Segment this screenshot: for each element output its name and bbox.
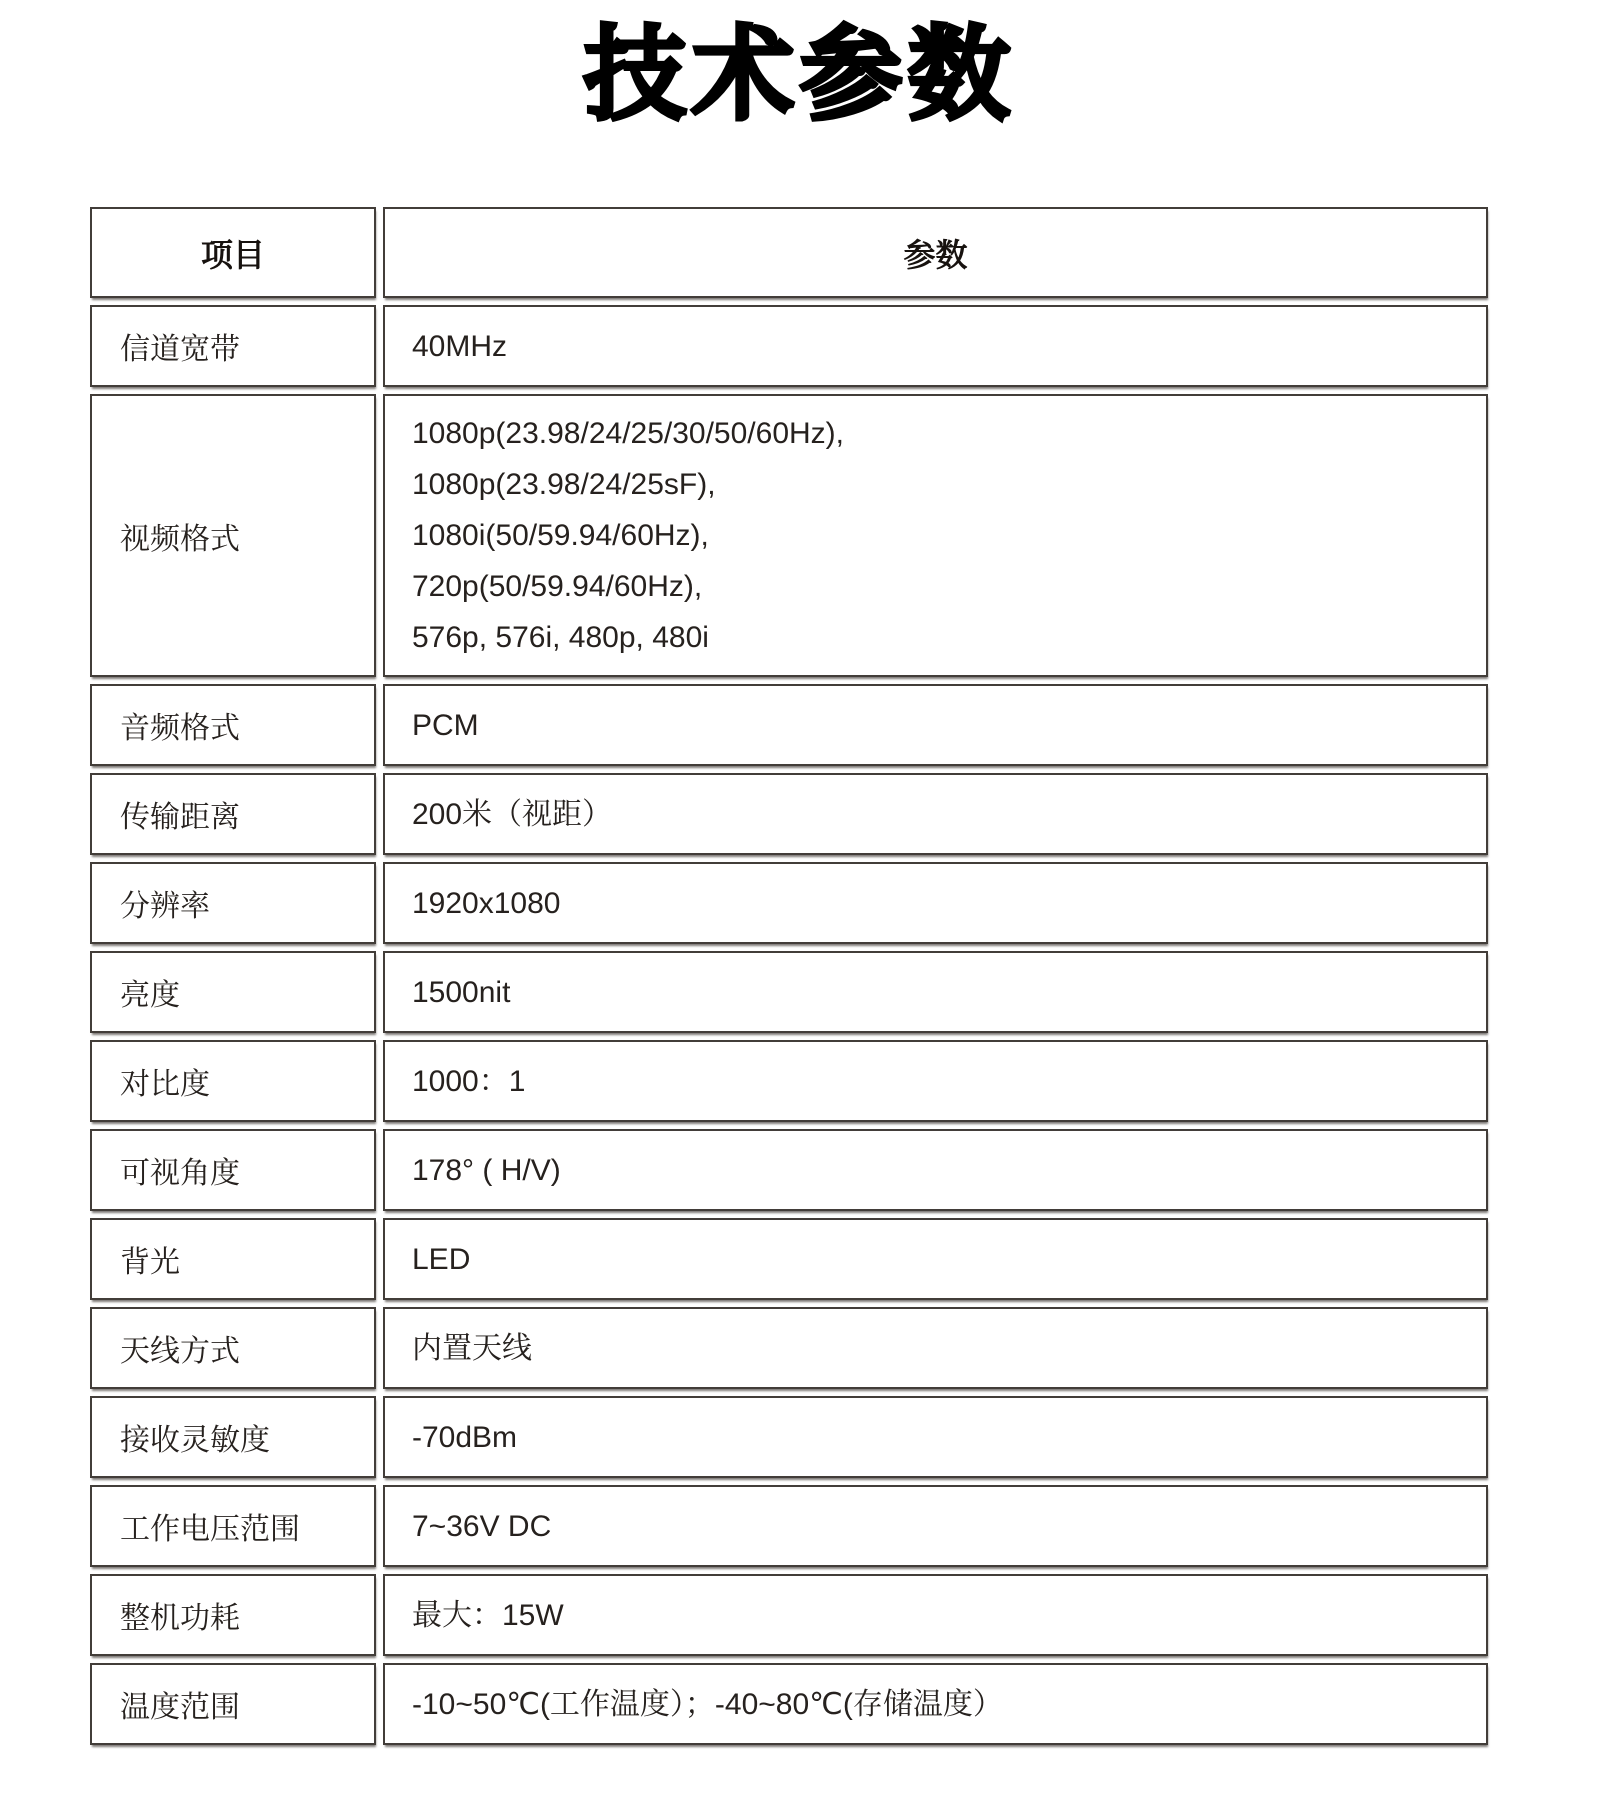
page-title: 技术参数 xyxy=(0,10,1600,140)
spec-param-value: LED xyxy=(383,1218,1488,1300)
spec-param-line: LED xyxy=(412,1234,1485,1285)
table-row: 温度范围-10~50℃(工作温度）；-40~80℃(存储温度） xyxy=(90,1663,1488,1745)
spec-param-line: 720p(50/59.94/60Hz), xyxy=(412,561,1485,612)
table-row: 可视角度178° ( H/V) xyxy=(90,1129,1488,1211)
table-row: 亮度1500nit xyxy=(90,951,1488,1033)
specs-table: 项目 参数 信道宽带40MHz视频格式1080p(23.98/24/25/30/… xyxy=(83,200,1495,1752)
specs-table-header: 项目 参数 xyxy=(90,207,1488,298)
table-row: 视频格式1080p(23.98/24/25/30/50/60Hz),1080p(… xyxy=(90,394,1488,677)
spec-param-value: 200米（视距） xyxy=(383,773,1488,855)
spec-param-value: 7~36V DC xyxy=(383,1485,1488,1567)
spec-param-value: 1920x1080 xyxy=(383,862,1488,944)
spec-param-value: 178° ( H/V) xyxy=(383,1129,1488,1211)
spec-item-label: 天线方式 xyxy=(90,1307,376,1389)
spec-param-line: 1080p(23.98/24/25/30/50/60Hz), xyxy=(412,408,1485,459)
spec-item-label: 接收灵敏度 xyxy=(90,1396,376,1478)
spec-item-label: 分辨率 xyxy=(90,862,376,944)
spec-param-line: 7~36V DC xyxy=(412,1501,1485,1552)
spec-param-value: 1500nit xyxy=(383,951,1488,1033)
column-header-param: 参数 xyxy=(383,207,1488,298)
spec-param-line: -10~50℃(工作温度）；-40~80℃(存储温度） xyxy=(412,1679,1485,1730)
spec-param-value: -70dBm xyxy=(383,1396,1488,1478)
spec-param-line: 1080p(23.98/24/25sF), xyxy=(412,459,1485,510)
table-row: 分辨率1920x1080 xyxy=(90,862,1488,944)
spec-param-line: 最大：15W xyxy=(412,1590,1485,1641)
spec-item-label: 亮度 xyxy=(90,951,376,1033)
table-row: 天线方式内置天线 xyxy=(90,1307,1488,1389)
spec-param-line: 1000：1 xyxy=(412,1056,1485,1107)
spec-param-line: 1920x1080 xyxy=(412,878,1485,929)
spec-item-label: 视频格式 xyxy=(90,394,376,677)
spec-param-line: 576p, 576i, 480p, 480i xyxy=(412,612,1485,663)
spec-item-label: 整机功耗 xyxy=(90,1574,376,1656)
spec-param-line: 内置天线 xyxy=(412,1323,1485,1374)
specs-table-body: 信道宽带40MHz视频格式1080p(23.98/24/25/30/50/60H… xyxy=(90,305,1488,1745)
table-row: 对比度1000：1 xyxy=(90,1040,1488,1122)
column-header-item: 项目 xyxy=(90,207,376,298)
spec-item-label: 对比度 xyxy=(90,1040,376,1122)
spec-param-value: 1000：1 xyxy=(383,1040,1488,1122)
table-row: 音频格式PCM xyxy=(90,684,1488,766)
table-row: 传输距离200米（视距） xyxy=(90,773,1488,855)
spec-param-line: -70dBm xyxy=(412,1412,1485,1463)
spec-param-line: 1500nit xyxy=(412,967,1485,1018)
spec-param-value: 1080p(23.98/24/25/30/50/60Hz),1080p(23.9… xyxy=(383,394,1488,677)
table-row: 接收灵敏度-70dBm xyxy=(90,1396,1488,1478)
spec-param-line: 40MHz xyxy=(412,321,1485,372)
spec-item-label: 温度范围 xyxy=(90,1663,376,1745)
spec-param-line: 1080i(50/59.94/60Hz), xyxy=(412,510,1485,561)
spec-param-value: 40MHz xyxy=(383,305,1488,387)
table-row: 信道宽带40MHz xyxy=(90,305,1488,387)
table-row: 整机功耗最大：15W xyxy=(90,1574,1488,1656)
spec-param-value: PCM xyxy=(383,684,1488,766)
spec-param-value: 最大：15W xyxy=(383,1574,1488,1656)
spec-item-label: 工作电压范围 xyxy=(90,1485,376,1567)
header-row: 项目 参数 xyxy=(90,207,1488,298)
spec-param-line: 200米（视距） xyxy=(412,789,1485,840)
spec-item-label: 音频格式 xyxy=(90,684,376,766)
spec-item-label: 背光 xyxy=(90,1218,376,1300)
spec-param-line: PCM xyxy=(412,700,1485,751)
table-row: 工作电压范围7~36V DC xyxy=(90,1485,1488,1567)
spec-param-line: 178° ( H/V) xyxy=(412,1145,1485,1196)
table-row: 背光LED xyxy=(90,1218,1488,1300)
spec-param-value: -10~50℃(工作温度）；-40~80℃(存储温度） xyxy=(383,1663,1488,1745)
spec-param-value: 内置天线 xyxy=(383,1307,1488,1389)
spec-item-label: 信道宽带 xyxy=(90,305,376,387)
spec-item-label: 可视角度 xyxy=(90,1129,376,1211)
spec-item-label: 传输距离 xyxy=(90,773,376,855)
